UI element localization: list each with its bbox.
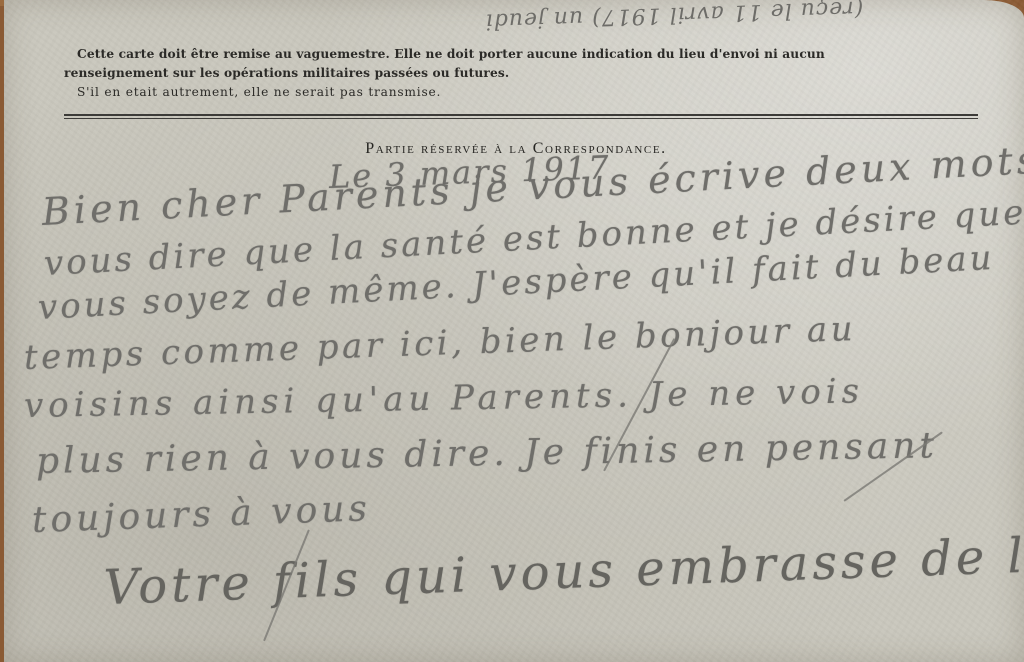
double-rule-top — [64, 114, 978, 116]
correspondence-card: (reçu le 11 avril 1917) un jeudi Cette c… — [4, 0, 1024, 662]
printed-notice-line-1: Cette carte doit être remise au vaguemes… — [77, 47, 825, 61]
printed-notice-line-2: renseignement sur les opérations militai… — [64, 66, 509, 80]
upside-down-handwritten-note: (reçu le 11 avril 1917) un jeudi — [334, 0, 1014, 39]
handwritten-line-5: voisins ainsi qu'au Parents. Je ne vois — [24, 371, 865, 426]
double-rule-bottom — [64, 118, 978, 119]
handwritten-line-7: toujours à vous — [31, 488, 371, 541]
printed-notice-line-3: S'il en etait autrement, elle ne serait … — [77, 85, 441, 99]
handwritten-signature: Votre fils qui vous embrasse de loin — [103, 525, 1024, 616]
handwritten-line-6: plus rien à vous dire. Je finis en pensa… — [36, 425, 939, 482]
